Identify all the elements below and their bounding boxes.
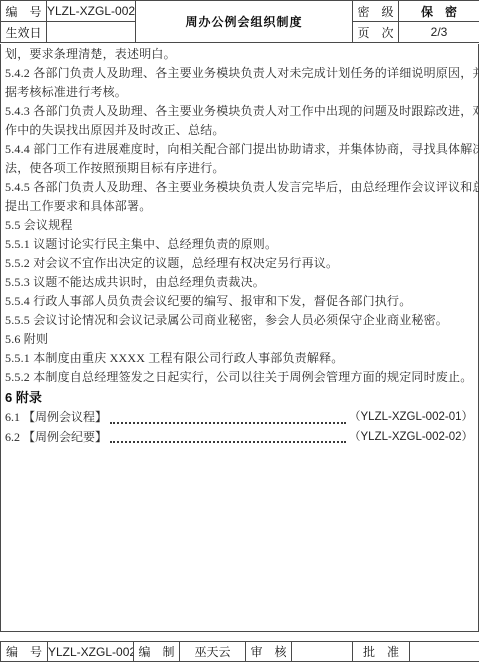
appendix-entry-label: 6.1 【周例会议程】 — [5, 408, 107, 428]
header-no-label: 编 号 — [1, 1, 47, 22]
appendix-entry: 6.2 【周例会纪要】 （YLZL-XZGL-002-02） — [5, 428, 473, 448]
appendix-entry-code: （YLZL-XZGL-002-02） — [349, 428, 473, 448]
footer-review-value — [292, 642, 353, 662]
body-line: 5.4.2 各部门负责人及助理、各主要业务模块负责人对未完成计划任务的详细说明原… — [5, 64, 473, 83]
body-line: 5.5.5 会议讨论情况和会议记录属公司商业秘密，参会人员必须保守企业商业秘密。 — [5, 311, 473, 330]
page-title: 周办公例会组织制度 — [136, 1, 353, 43]
body-line: 5.6 附则 — [5, 330, 473, 349]
header-page-label: 页 次 — [353, 22, 399, 43]
header-secret-value: 保 密 — [399, 1, 479, 22]
appendix-entry-code: （YLZL-XZGL-002-01） — [349, 408, 473, 428]
appendix-entry-label: 6.2 【周例会纪要】 — [5, 428, 107, 448]
footer-approve-label: 批 准 — [353, 642, 410, 662]
body-line: 划，要求条理清楚，表述明白。 — [5, 45, 473, 64]
appendix-heading: 6 附录 — [5, 387, 473, 408]
body-line: 5.5 会议规程 — [5, 216, 473, 235]
dotted-leader — [110, 422, 346, 424]
body-line: 提出工作要求和具体部署。 — [5, 197, 473, 216]
header-table: 编 号 YLZL-XZGL-002 周办公例会组织制度 密 级 保 密 生效日 … — [0, 0, 479, 43]
header-effective-label: 生效日 — [1, 22, 47, 43]
body-line: 5.5.3 议题不能达成共识时，由总经理负责裁决。 — [5, 273, 473, 292]
body-line: 5.4.4 部门工作有进展难度时，向相关配合部门提出协助请求，并集体协商，寻找具… — [5, 140, 473, 159]
header-secret-label: 密 级 — [353, 1, 399, 22]
footer-no-label: 编 号 — [1, 642, 48, 662]
body-line: 5.4.3 各部门负责人及助理、各主要业务模块负责人对工作中出现的问题及时跟踪改… — [5, 102, 473, 121]
body-line: 5.5.4 行政人事部人员负责会议纪要的编写、报审和下发，督促各部门执行。 — [5, 292, 473, 311]
header-effective-value — [47, 22, 136, 43]
footer-table: 编 号 YLZL-XZGL-002 编 制 巫天云 审 核 批 准 — [0, 641, 479, 662]
body-line: 5.5.2 本制度自总经理签发之日起实行，公司以往关于周例会管理方面的规定同时废… — [5, 368, 473, 387]
document-body: 划，要求条理清楚，表述明白。 5.4.2 各部门负责人及助理、各主要业务模块负责… — [0, 44, 479, 632]
header-no-value: YLZL-XZGL-002 — [47, 1, 136, 22]
body-line: 5.5.2 对会议不宜作出决定的议题，总经理有权决定另行再议。 — [5, 254, 473, 273]
footer-review-label: 审 核 — [246, 642, 292, 662]
footer-prepared-label: 编 制 — [134, 642, 180, 662]
dotted-leader — [110, 441, 346, 443]
body-line: 5.5.1 议题讨论实行民主集中、总经理负责的原则。 — [5, 235, 473, 254]
footer-prepared-value: 巫天云 — [180, 642, 246, 662]
body-line: 据考核标准进行考核。 — [5, 83, 473, 102]
body-line: 5.5.1 本制度由重庆 XXXX 工程有限公司行政人事部负责解释。 — [5, 349, 473, 368]
body-line: 法，使各项工作按照预期目标有序进行。 — [5, 159, 473, 178]
footer-approve-value — [410, 642, 479, 662]
appendix-entry: 6.1 【周例会议程】 （YLZL-XZGL-002-01） — [5, 408, 473, 428]
document-page: 编 号 YLZL-XZGL-002 周办公例会组织制度 密 级 保 密 生效日 … — [0, 0, 479, 665]
body-line: 作中的失误找出原因并及时改正、总结。 — [5, 121, 473, 140]
footer-no-value: YLZL-XZGL-002 — [48, 642, 134, 662]
header-page-value: 2/3 — [399, 22, 479, 43]
body-line: 5.4.5 各部门负责人及助理、各主要业务模块负责人发言完毕后，由总经理作会议评… — [5, 178, 473, 197]
